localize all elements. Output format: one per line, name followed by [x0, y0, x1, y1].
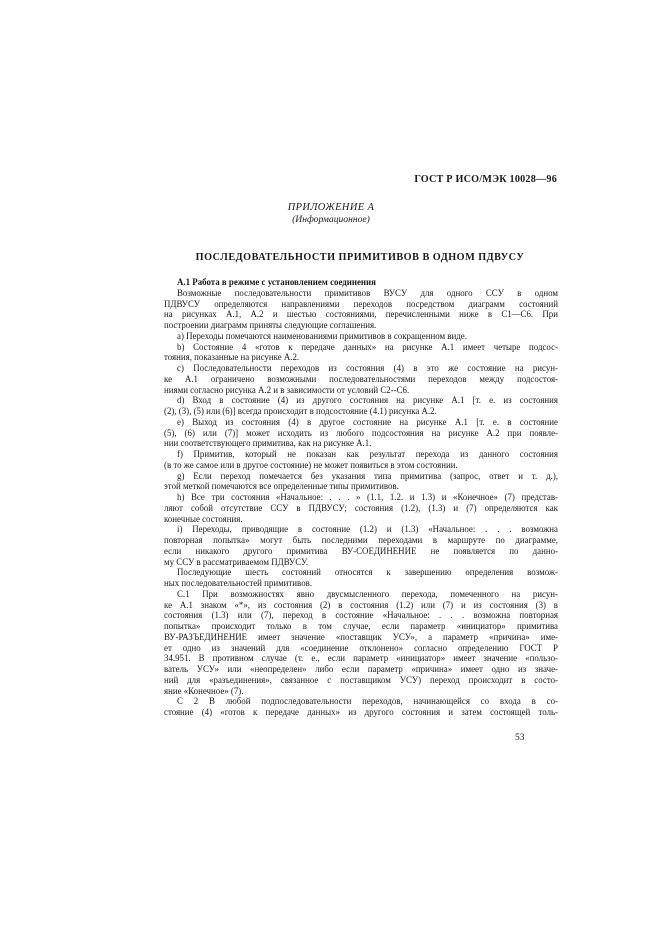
text-line: если никакого другого примитива ВУ-СОЕДИ… — [164, 546, 558, 557]
subsection-heading: А.1 Работа в режиме с установлением соед… — [164, 277, 558, 288]
text-line: ляют собой отсутствие ССУ в ПДВУСУ; сост… — [164, 503, 558, 514]
text-line: (в то же самое или в другое состояние) н… — [164, 460, 558, 471]
text-line: ке А.1 ограничено возможными последовате… — [164, 374, 558, 385]
text-line: стояние (4) «готов к передаче данных» из… — [164, 707, 558, 718]
text-line: е) Выход из состояния (4) в другое состо… — [164, 417, 558, 428]
text-line: а) Переходы помечаются наименованиями пр… — [164, 331, 558, 342]
text-line: ниями согласно рисунка А.2 и в зависимос… — [164, 385, 558, 396]
text-line: ных последовательностей примитивов. — [164, 578, 558, 589]
text-line: на рисунках А.1, А.2 и шестью состояниям… — [164, 309, 558, 320]
text-line: ний для «разъединения», связанное с пост… — [164, 675, 558, 686]
text-line: нии соответствующего примитива, как на р… — [164, 438, 558, 449]
text-line: ке А.1 знаком «*», из состояния (2) в со… — [164, 600, 558, 611]
text-line: h) Все три состояния «Начальное: . . . »… — [164, 492, 558, 503]
text-line: Возможные последовательности примитивов … — [164, 288, 558, 299]
text-line: С.1 При возможностях явно двусмысленного… — [164, 589, 558, 600]
body-text: А.1 Работа в режиме с установлением соед… — [164, 277, 558, 718]
text-line: С 2 В любой подпоследовательности перехо… — [164, 696, 558, 707]
text-line: построении диаграмм приняты следующие со… — [164, 320, 558, 331]
text-line: тояния, показанные на рисунке А.2. — [164, 352, 558, 363]
text-line: конечные состояния. — [164, 514, 558, 525]
text-line: с) Последовательности переходов из состо… — [164, 363, 558, 374]
text-line: (2), (3), (5) или (6)] всегда происходит… — [164, 406, 558, 417]
text-line: ватель УСУ» или «неопределен» либо если … — [164, 664, 558, 675]
text-line: i) Переходы, приводящие в состояние (1.2… — [164, 524, 558, 535]
text-line: этой меткой помечаются все определенные … — [164, 481, 558, 492]
standard-code-header: ГОСТ Р ИСО/МЭК 10028—96 — [385, 174, 557, 185]
text-line: Последующие шесть состояний относятся к … — [164, 567, 558, 578]
text-line: повторная попытка» могут быть последними… — [164, 535, 558, 546]
text-line: d) Вход в состояние (4) из другого состо… — [164, 395, 558, 406]
text-line: попытка» происходит только в том случае,… — [164, 621, 558, 632]
section-title: ПОСЛЕДОВАТЕЛЬНОСТИ ПРИМИТИВОВ В ОДНОМ ПД… — [160, 252, 560, 263]
text-line: ет одно из значений для «соединение откл… — [164, 643, 558, 654]
text-line: ВУ-РАЗЪЕДИНЕНИЕ имеет значение «поставщи… — [164, 632, 558, 643]
text-line: 34.951. В противном случае (т. е., если … — [164, 653, 558, 664]
text-line: му ССУ в рассматриваемом ПДВУСУ. — [164, 557, 558, 568]
text-line: f) Примитив, который не показан как резу… — [164, 449, 558, 460]
text-line: (5), (6) или (7)] может исходить из любо… — [164, 428, 558, 439]
text-line: ПДВУСУ определяются направлениями перехо… — [164, 299, 558, 310]
text-line: состояния (1.3) или (7), переход в состо… — [164, 610, 558, 621]
appendix-title: ПРИЛОЖЕНИЕ А — [160, 202, 502, 213]
text-line: b) Состояние 4 «готов к передаче данных»… — [164, 342, 558, 353]
appendix-subtitle: (Информационное) — [160, 214, 502, 225]
page-number: 53 — [515, 733, 525, 743]
text-line: яние «Конечное» (7). — [164, 686, 558, 697]
text-line: g) Если переход помечается без указания … — [164, 471, 558, 482]
